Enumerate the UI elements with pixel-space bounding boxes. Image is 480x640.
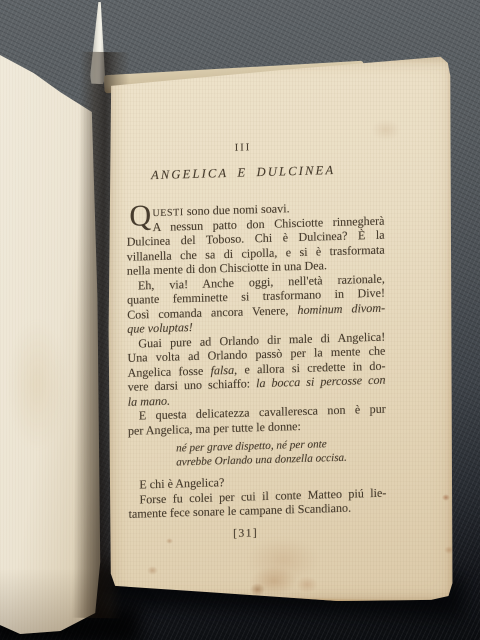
stain	[147, 566, 158, 575]
stain	[442, 494, 450, 501]
page-number: [31]	[121, 523, 387, 542]
stain	[251, 567, 297, 595]
italic-segment: la bocca si percosse con	[256, 373, 386, 391]
italic-segment: falsa	[211, 362, 235, 377]
stain	[8, 320, 66, 450]
chapter-number: III	[118, 139, 384, 157]
text-segment: vere darsi uno schiaffo:	[128, 376, 256, 394]
italic-segment: hominum divom-	[297, 300, 385, 316]
small-caps-word: UESTI	[152, 207, 183, 219]
stain	[444, 546, 454, 554]
dropcap-letter: Q	[129, 201, 151, 232]
page-text-block: III ANGELICA E DULCINEA Q UESTI sono due…	[118, 139, 387, 543]
verse-quote: né per grave dispetto, né per onte avreb…	[176, 437, 386, 470]
stain	[372, 120, 400, 140]
body-text: Q UESTI sono due nomi soavi. A nessun pa…	[118, 199, 386, 522]
stain	[248, 538, 318, 582]
stain	[250, 583, 265, 596]
chapter-title: ANGELICA E DULCINEA	[118, 162, 384, 184]
stain	[296, 576, 318, 593]
photo-background: III ANGELICA E DULCINEA Q UESTI sono due…	[0, 0, 480, 640]
book-page: III ANGELICA E DULCINEA Q UESTI sono due…	[100, 50, 460, 610]
